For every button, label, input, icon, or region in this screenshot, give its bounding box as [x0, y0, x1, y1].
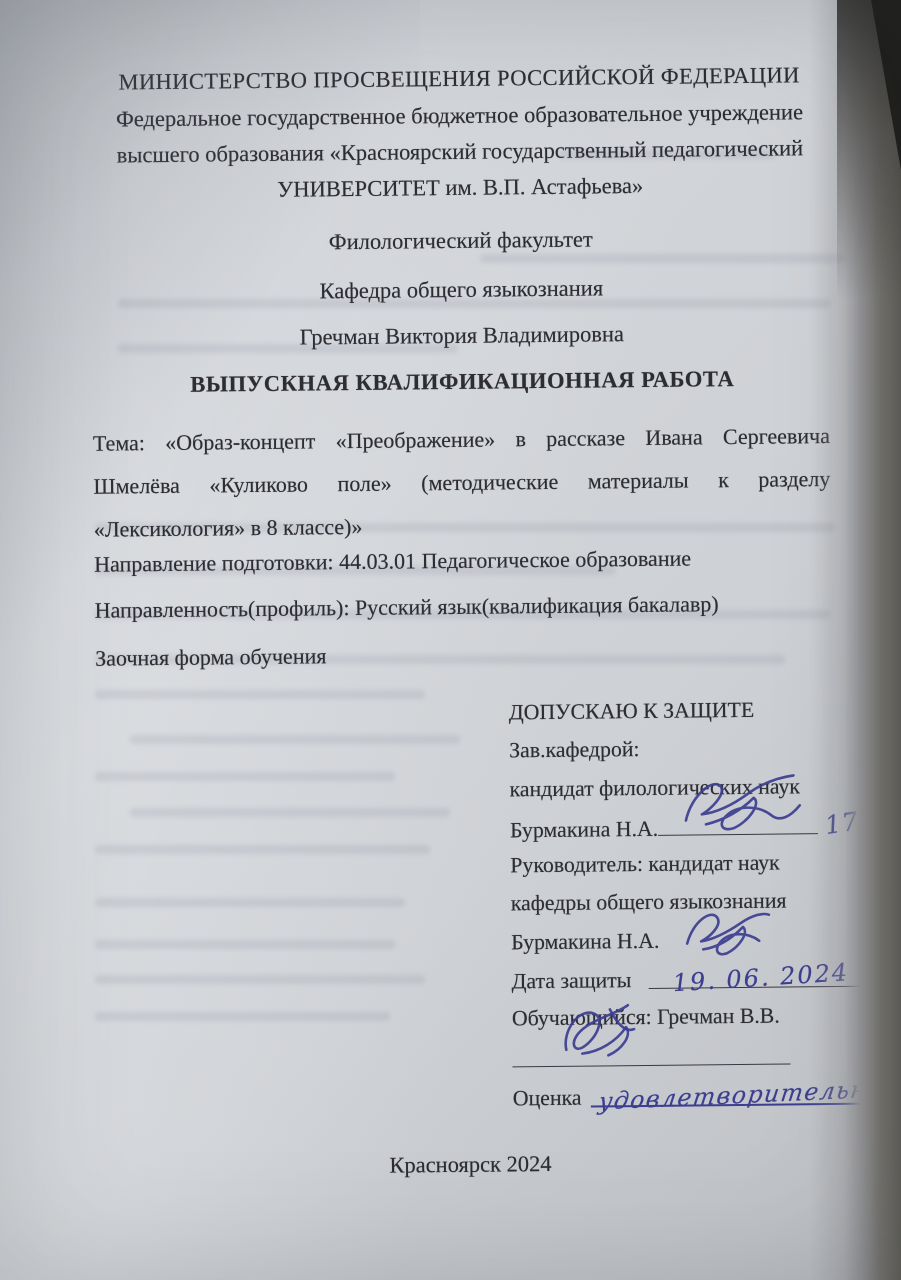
work-type-title: ВЫПУСКНАЯ КВАЛИФИКАЦИОННАЯ РАБОТА [82, 365, 842, 399]
direction-line: Направление подготовки: 44.03.01 Педагог… [94, 545, 691, 577]
paper-sheet: МИНИСТЕРСТВО ПРОСВЕЩЕНИЯ РОССИЙСКОЙ ФЕДЕ… [0, 0, 901, 1280]
study-form-line: Заочная форма обучения [95, 643, 327, 671]
student-signature-line [512, 1035, 790, 1067]
defense-date-label: Дата защиты [511, 968, 631, 993]
profile-line: Направленность(профиль): Русский язык(кв… [95, 591, 719, 624]
institution-line-3: УНИВЕРСИТЕТ им. В.П. Астафьева» [80, 171, 840, 205]
supervisor-name: Бурмакина Н.А. [511, 929, 659, 955]
head-signature-icon [676, 769, 807, 834]
author-name: Гречман Виктория Владимировна [82, 319, 842, 353]
topic-paragraph: Тема: «Образ-концепт «Преображение» в ра… [93, 414, 831, 551]
ministry-line: МИНИСТЕРСТВО ПРОСВЕЩЕНИЯ РОССИЙСКОЙ ФЕДЕ… [79, 62, 839, 96]
institution-line-1: Федеральное государственное бюджетное об… [79, 99, 839, 133]
head-name: Бурмакина Н.А. [510, 817, 658, 843]
city-year-line: Красноярск 2024 [90, 1148, 850, 1182]
grade-label: Оценка [513, 1085, 582, 1110]
supervisor-signature-icon [679, 904, 778, 959]
title-page-content: МИНИСТЕРСТВО ПРОСВЕЩЕНИЯ РОССИЙСКОЙ ФЕДЕ… [0, 0, 901, 1280]
student-signature-icon [554, 999, 655, 1060]
department-line: Кафедра общего языкознания [81, 273, 841, 307]
head-signature-line [658, 805, 818, 836]
institution-line-2: высшего образования «Красноярский госуда… [80, 135, 840, 169]
document-photo: МИНИСТЕРСТВО ПРОСВЕЩЕНИЯ РОССИЙСКОЙ ФЕДЕ… [0, 0, 901, 1280]
faculty-line: Филологический факультет [81, 224, 841, 258]
